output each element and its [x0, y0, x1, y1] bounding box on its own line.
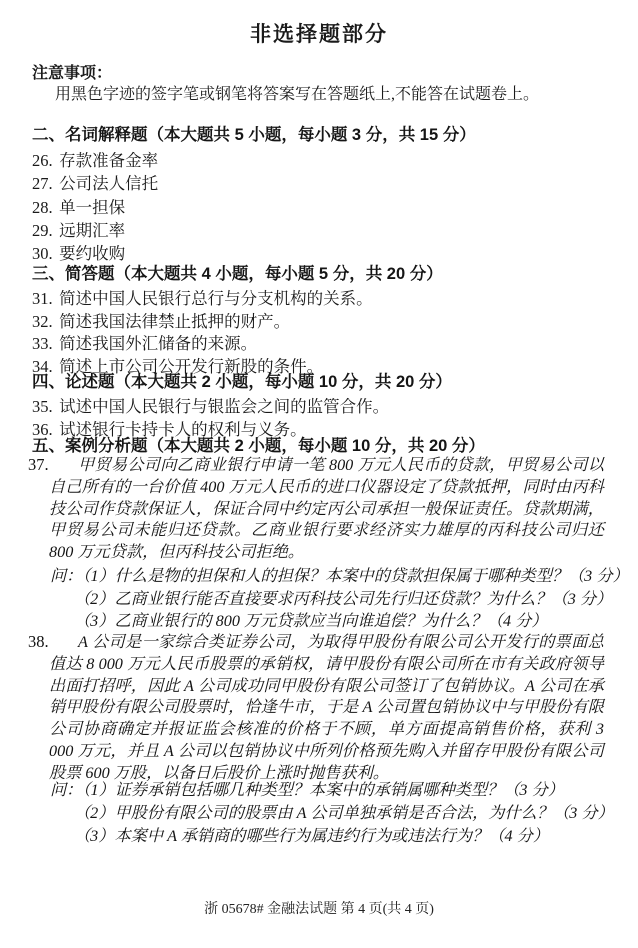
section-definitions: 二、名词解释题（本大题共 5 小题，每小题 3 分，共 15 分） 26. 存款… [32, 124, 608, 265]
question-33-number: 33. [32, 333, 55, 356]
case-37-body: 甲贸易公司向乙商业银行申请一笔 800 万元人民币的贷款，甲贸易公司以自己所有的… [49, 455, 604, 564]
case-37: 37. 甲贸易公司向乙商业银行申请一笔 800 万元人民币的贷款，甲贸易公司以自… [0, 455, 604, 564]
question-31-text: 简述中国人民银行总行与分支机构的关系。 [59, 289, 373, 308]
case-38-number: 38. [28, 632, 49, 652]
case-37-questions: 问：（1）什么是物的担保和人的担保？本案中的贷款担保属于哪种类型？（3 分） （… [0, 565, 608, 633]
question-26-number: 26. [32, 149, 55, 172]
section-short-answer: 三、简答题（本大题共 4 小题，每小题 5 分，共 20 分） 31. 简述中国… [32, 263, 608, 378]
question-32-number: 32. [32, 311, 55, 334]
case-37-number: 37. [28, 455, 49, 475]
case-38-ask-prefix: 问： [50, 781, 82, 799]
section-essay-heading: 四、论述题（本大题共 2 小题，每小题 10 分，共 20 分） [32, 371, 608, 394]
question-29-text: 远期汇率 [59, 221, 125, 240]
section-essay: 四、论述题（本大题共 2 小题，每小题 10 分，共 20 分） 35. 试述中… [32, 371, 608, 441]
question-35-number: 35. [32, 396, 55, 419]
question-26-text: 存款准备金率 [59, 151, 158, 170]
notice-heading: 注意事项： [32, 60, 638, 83]
question-27-text: 公司法人信托 [59, 174, 158, 193]
question-29: 29. 远期汇率 [32, 219, 608, 242]
section-short-answer-heading: 三、简答题（本大题共 4 小题，每小题 5 分，共 20 分） [32, 263, 608, 286]
question-33: 33. 简述我国外汇储备的来源。 [32, 333, 608, 356]
question-27: 27. 公司法人信托 [32, 172, 608, 195]
question-28-number: 28. [32, 196, 55, 219]
question-27-number: 27. [32, 172, 55, 195]
question-35: 35. 试述中国人民银行与银监会之间的监管合作。 [32, 396, 608, 419]
case-38-questions: 问：（1）证券承销包括哪几种类型？本案中的承销属哪种类型？（3 分） （2）甲股… [0, 779, 608, 848]
question-32: 32. 简述我国法律禁止抵押的财产。 [32, 311, 608, 334]
question-33-text: 简述我国外汇储备的来源。 [59, 334, 257, 353]
case-38-question-1: 问：（1）证券承销包括哪几种类型？本案中的承销属哪种类型？（3 分） [0, 779, 608, 802]
question-30-number: 30. [32, 242, 55, 265]
case-38-question-2-text: （2）甲股份有限公司的股票由 A 公司单独承销是否合法，为什么？（3 分） [74, 804, 614, 822]
case-37-question-3-text: （3）乙商业银行的 800 万元贷款应当向谁追偿？为什么？（4 分） [74, 612, 547, 630]
case-37-question-1-text: （1）什么是物的担保和人的担保？本案中的贷款担保属于哪种类型？（3 分） [82, 567, 628, 585]
question-30: 30. 要约收购 [32, 242, 608, 265]
case-37-question-2: （2）乙商业银行能否直接要求丙科技公司先行归还贷款？为什么？（3 分） [0, 588, 608, 611]
case-38-question-1-text: （1）证券承销包括哪几种类型？本案中的承销属哪种类型？（3 分） [82, 781, 564, 799]
section-definitions-heading: 二、名词解释题（本大题共 5 小题，每小题 3 分，共 15 分） [32, 124, 608, 147]
case-37-question-1: 问：（1）什么是物的担保和人的担保？本案中的贷款担保属于哪种类型？（3 分） [0, 565, 608, 588]
question-31: 31. 简述中国人民银行总行与分支机构的关系。 [32, 288, 608, 311]
case-38: 38. A 公司是一家综合类证券公司，为取得甲股份有限公司公开发行的票面总值达 … [0, 632, 604, 785]
question-26: 26. 存款准备金率 [32, 149, 608, 172]
case-38-question-3-text: （3）本案中 A 承销商的哪些行为属违约行为或违法行为？（4 分） [74, 827, 549, 845]
case-37-question-2-text: （2）乙商业银行能否直接要求丙科技公司先行归还贷款？为什么？（3 分） [74, 590, 612, 608]
case-37-ask-prefix: 问： [50, 567, 82, 585]
exam-page: 非选择题部分 注意事项： 用黑色字迹的签字笔或钢笔将答案写在答题纸上,不能答在试… [0, 0, 638, 948]
page-title: 非选择题部分 [0, 18, 638, 48]
case-38-question-2: （2）甲股份有限公司的股票由 A 公司单独承销是否合法，为什么？（3 分） [0, 802, 608, 825]
question-32-text: 简述我国法律禁止抵押的财产。 [59, 312, 290, 331]
page-footer: 浙 05678# 金融法试题 第 4 页(共 4 页) [0, 898, 638, 918]
notice-text: 用黑色字迹的签字笔或钢笔将答案写在答题纸上,不能答在试题卷上。 [55, 84, 608, 106]
case-38-question-3: （3）本案中 A 承销商的哪些行为属违约行为或违法行为？（4 分） [0, 825, 608, 848]
question-35-text: 试述中国人民银行与银监会之间的监管合作。 [59, 397, 389, 416]
question-29-number: 29. [32, 219, 55, 242]
question-31-number: 31. [32, 288, 55, 311]
case-38-body: A 公司是一家综合类证券公司，为取得甲股份有限公司公开发行的票面总值达 8 00… [49, 632, 604, 785]
question-28: 28. 单一担保 [32, 196, 608, 219]
question-28-text: 单一担保 [59, 198, 125, 217]
case-37-question-3: （3）乙商业银行的 800 万元贷款应当向谁追偿？为什么？（4 分） [0, 610, 608, 633]
question-30-text: 要约收购 [59, 244, 125, 263]
